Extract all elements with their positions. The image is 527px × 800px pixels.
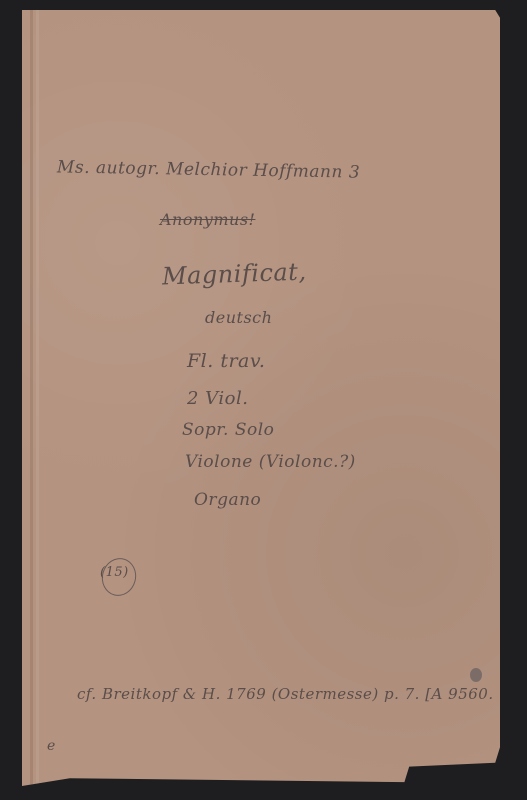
manuscript-page: Ms. autogr. Melchior Hoffmann 3 Anonymus…: [22, 10, 500, 786]
corner-mark: e: [47, 738, 56, 754]
circled-number: (15): [100, 565, 129, 580]
instrument-flute: Fl. trav.: [187, 350, 265, 372]
instrument-organ: Organo: [194, 490, 261, 510]
page-fold-highlight: [36, 10, 39, 786]
catalog-reference: cf. Breitkopf & H. 1769 (Ostermesse) p. …: [77, 685, 494, 703]
struck-through-text: Anonymus!: [160, 210, 255, 229]
instrument-soprano: Sopr. Solo: [182, 420, 274, 440]
language-note: deutsch: [205, 308, 272, 327]
ink-smudge: [470, 668, 482, 682]
header-line: Ms. autogr. Melchior Hoffmann 3: [57, 157, 360, 182]
instrument-violone: Violone (Violonc.?): [185, 452, 356, 472]
instrument-violins: 2 Viol.: [187, 388, 248, 409]
page-fold-line: [30, 10, 33, 786]
title: Magnificat,: [162, 257, 307, 290]
